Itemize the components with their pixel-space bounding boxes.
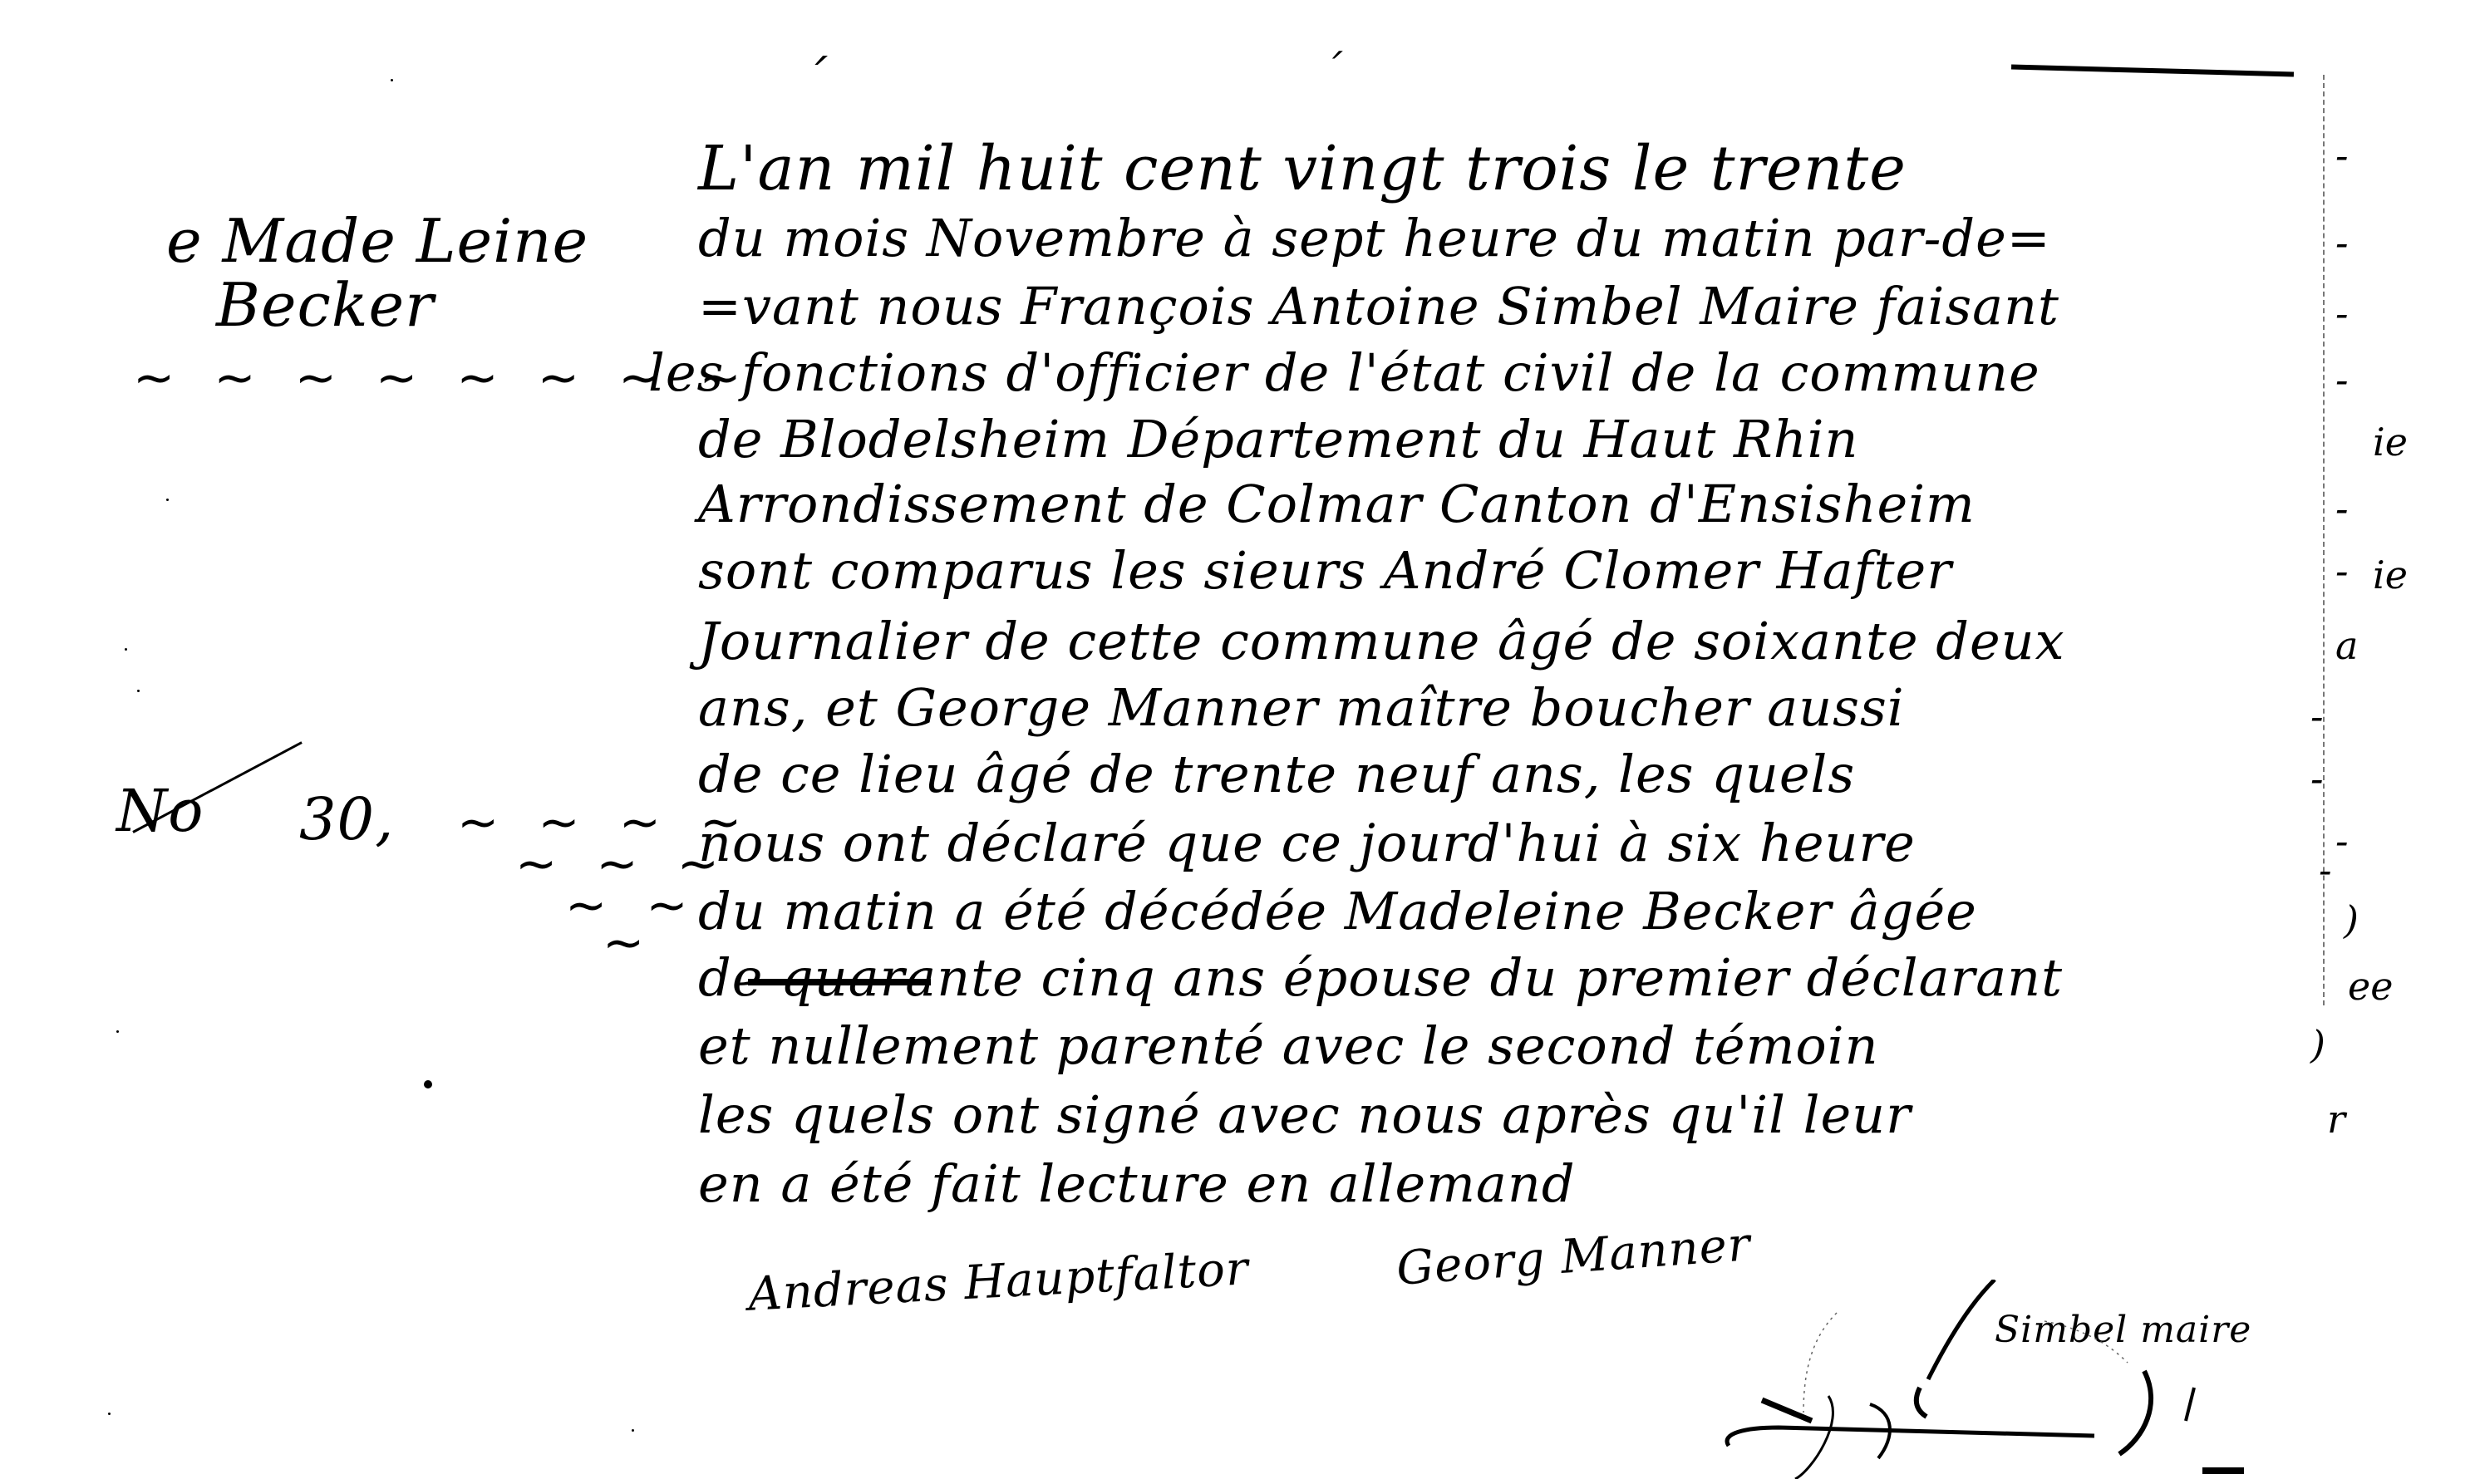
act-number: 30,	[299, 785, 394, 853]
record-line-1: L'an mil huit cent vingt trois le trente	[698, 133, 1907, 204]
edge-mark: -	[2335, 818, 2349, 863]
edge-mark: -	[2335, 291, 2349, 336]
record-line-12: du matin a été décédée Madeleine Becker …	[698, 881, 1977, 941]
record-line-15: les quels ont signé avec nous après qu'i…	[698, 1084, 1912, 1145]
record-line-4: les fonctions d'officier de l'état civil…	[648, 342, 2040, 403]
top-mark: ˊ	[1321, 46, 1343, 94]
scan-speck	[137, 690, 140, 692]
edge-mark: )	[2310, 1022, 2325, 1067]
scanned-register-page: ˊ ˊ e Made Leine Becker ~ ~ ~ ~ ~ ~ ~ ~ …	[0, 0, 2475, 1484]
scan-speck	[424, 1080, 432, 1088]
scan-speck	[125, 648, 127, 651]
edge-mark: -	[2335, 548, 2349, 593]
edge-mark: ie	[2373, 553, 2408, 597]
edge-mark: ie	[2373, 420, 2408, 464]
record-line-6: Arrondissement de Colmar Canton d'Ensish…	[698, 474, 1976, 534]
record-line-7: sont comparus les sieurs André Clomer Ha…	[698, 540, 1952, 601]
act-number-label: No	[116, 777, 204, 845]
mayor-paraph-flourish-icon	[1712, 1280, 2244, 1479]
strikethrough-quarante	[748, 979, 931, 985]
edge-mark: -	[2310, 756, 2324, 801]
margin-deceased-name-line2: Becker	[216, 270, 435, 340]
edge-mark: ee	[2348, 964, 2393, 1009]
edge-mark: -	[2335, 357, 2349, 402]
record-line-2: du mois Novembre à sept heure du matin p…	[698, 208, 2051, 268]
scan-speck	[391, 79, 393, 81]
edge-mark: -	[2335, 486, 2349, 531]
margin-filler-tildes: ~	[603, 914, 656, 972]
edge-mark: )	[2344, 897, 2359, 942]
signature-witness-1: Andreas Hauptfaltor	[747, 1241, 1250, 1321]
record-line-13: de quarante cinq ans épouse du premier d…	[698, 947, 2063, 1008]
record-line-14: et nullement parenté avec le second témo…	[698, 1015, 1879, 1076]
edge-mark: -	[2335, 133, 2349, 178]
margin-deceased-name-line1: e Made Leine	[166, 206, 588, 276]
edge-mark: -	[2335, 220, 2349, 265]
header-flourish	[2011, 65, 2294, 77]
record-line-16: en a été fait lecture en allemand	[698, 1153, 1576, 1214]
edge-mark: a	[2335, 623, 2358, 668]
top-mark: ˊ	[802, 50, 828, 108]
record-line-9: ans, et George Manner maître boucher aus…	[698, 677, 1905, 738]
scan-speck	[632, 1429, 634, 1432]
record-line-11: nous ont déclaré que ce jourd'hui à six …	[698, 813, 1916, 873]
scan-speck	[116, 1030, 119, 1033]
scan-speck	[108, 1413, 111, 1415]
signature-witness-2: Georg Manner	[1395, 1217, 1752, 1296]
record-line-3: =vant nous François Antoine Simbel Maire…	[698, 276, 2059, 337]
edge-mark: -	[2310, 694, 2324, 739]
record-line-10: de ce lieu âgé de trente neuf ans, les q…	[698, 744, 1855, 804]
edge-mark: -	[2319, 848, 2332, 892]
edge-mark: r	[2327, 1097, 2345, 1142]
scan-speck	[166, 499, 169, 501]
record-line-5: de Blodelsheim Département du Haut Rhin	[698, 409, 1858, 469]
record-line-8: Journalier de cette commune âgé de soixa…	[698, 611, 2065, 671]
